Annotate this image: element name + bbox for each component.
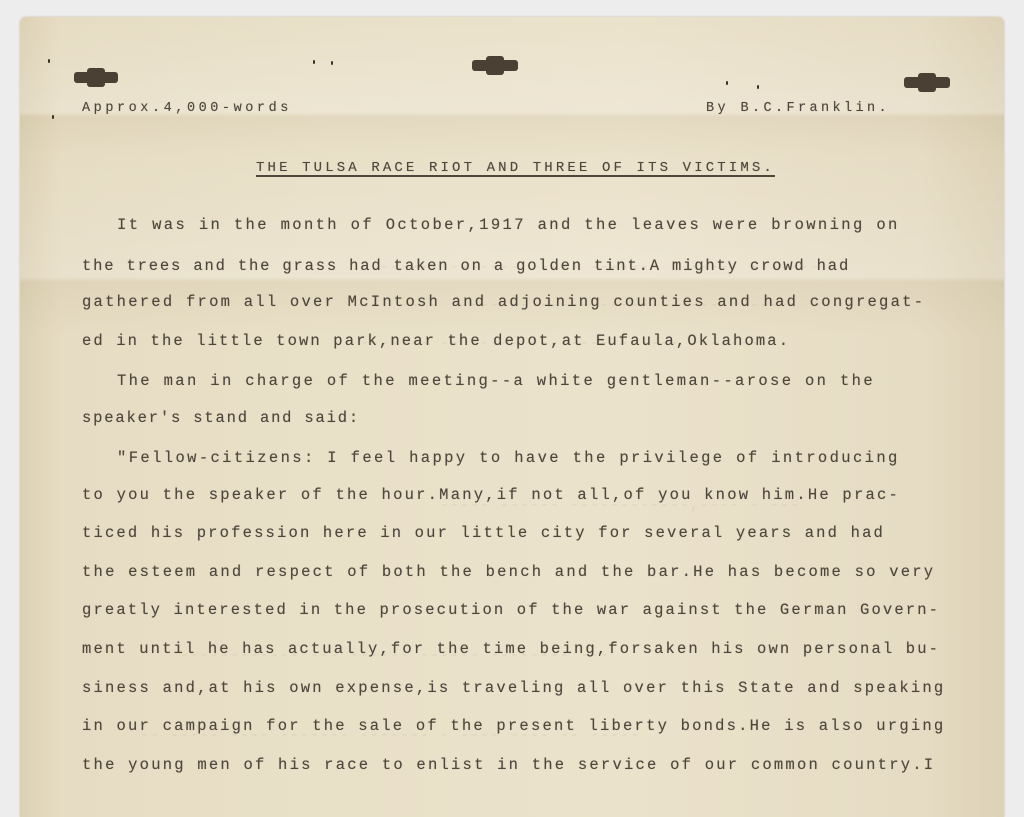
ink-speck bbox=[313, 60, 315, 64]
body-line: speaker's stand and said: bbox=[82, 409, 360, 427]
punch-hole-right bbox=[904, 77, 950, 88]
body-line: "Fellow-citizens: I feel happy to have t… bbox=[82, 449, 900, 467]
document-title: THE TULSA RACE RIOT AND THREE OF ITS VIC… bbox=[256, 160, 775, 176]
body-line: to you the speaker of the hour.Many,if n… bbox=[82, 486, 900, 504]
body-line: greatly interested in the prosecution of… bbox=[82, 601, 940, 619]
body-line: ticed his profession here in our little … bbox=[82, 524, 885, 542]
body-line: It was in the month of October,1917 and … bbox=[82, 216, 900, 234]
body-line: The man in charge of the meeting--a whit… bbox=[82, 372, 875, 390]
punch-hole-left bbox=[74, 72, 118, 83]
typewritten-manuscript-page: ------ ------- ----- ------- ------- ---… bbox=[20, 17, 1004, 794]
body-line: the trees and the grass had taken on a g… bbox=[82, 257, 850, 275]
punch-hole-center bbox=[472, 60, 518, 71]
body-line: gathered from all over McIntosh and adjo… bbox=[82, 293, 925, 311]
ink-speck bbox=[331, 61, 333, 65]
ink-speck bbox=[52, 115, 54, 119]
ink-speck bbox=[48, 59, 50, 63]
body-line: ed in the little town park,near the depo… bbox=[82, 332, 790, 350]
body-line: in our campaign for the sale of the pres… bbox=[82, 717, 945, 735]
word-count-note: Approx.4,000-words bbox=[82, 101, 292, 116]
body-line: siness and,at his own expense,is traveli… bbox=[82, 679, 945, 697]
body-line: the young men of his race to enlist in t… bbox=[82, 756, 935, 774]
body-line: ment until he has actually,for the time … bbox=[82, 640, 940, 658]
ink-speck bbox=[726, 81, 728, 85]
body-line: the esteem and respect of both the bench… bbox=[82, 563, 935, 581]
author-byline: By B.C.Franklin. bbox=[706, 101, 890, 116]
ink-speck bbox=[757, 85, 759, 89]
